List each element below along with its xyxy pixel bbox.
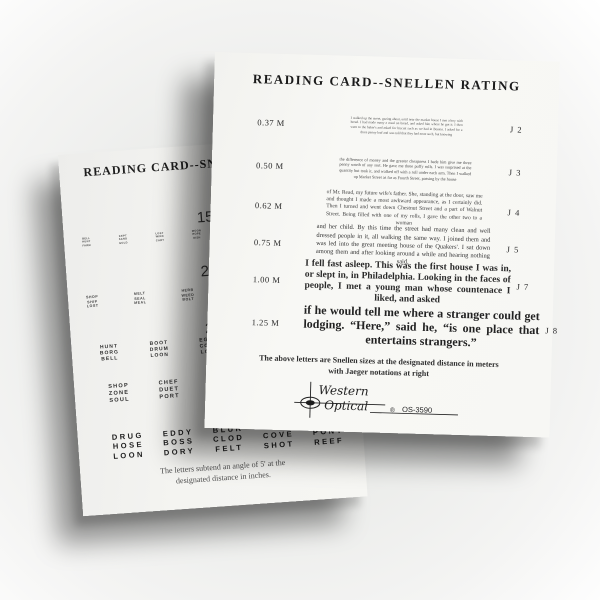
photo-backdrop: READING CARD--SNELLEN RATING 15 BELL HUN… [0, 0, 600, 600]
word-column: DRUG HOSE LOON [112, 431, 146, 461]
reading-row-125m: 1.25 M if he would tell me where a stran… [207, 296, 553, 356]
jaeger-label: J 7 [510, 281, 560, 292]
meters-label: 0.75 M [230, 236, 306, 248]
reading-paragraph: I walked up the street, gazing about, un… [350, 115, 462, 137]
jaeger-label: J 5 [500, 244, 550, 255]
word-column: HERB WEED BOLT [181, 288, 195, 302]
western-optical-logo: Western Optical ® OS-3590 [205, 376, 551, 426]
word-column: SHOP SHIP LOST [86, 295, 99, 309]
logo-word-optical: Optical [324, 398, 368, 413]
meters-label: 0.62 M [231, 200, 307, 212]
registered-mark: ® [390, 406, 395, 414]
word-column: HUNT BORG BELL [99, 343, 119, 363]
word-column: LOST WIND CART [155, 232, 164, 242]
logo-word-western: Western [318, 383, 368, 398]
reading-row-037m: 0.37 M I walked up the street, gazing ab… [213, 106, 559, 146]
word-column: SHOP ZONE SOUL [108, 383, 130, 405]
meters-label: 0.50 M [232, 160, 308, 172]
word-column: KEPT SAND GOLD [118, 234, 127, 244]
meters-label: 1.25 M [227, 316, 303, 328]
logo-model-number: OS-3590 [402, 405, 432, 415]
front-card-title: READING CARD--SNELLEN RATING [214, 70, 559, 96]
crosshair-lens-icon: Western Optical ® OS-3590 [290, 378, 466, 423]
reading-paragraph: if he would tell me where a stranger cou… [303, 303, 540, 352]
word-column: BOOT DRUM LOON [149, 340, 169, 360]
word-column: MOON ROPE DISH [192, 229, 202, 240]
jaeger-label: J 2 [504, 124, 554, 135]
word-column: EDDY BOSS DORY [162, 427, 195, 457]
meters-label: 1.00 M [229, 273, 305, 285]
snellen-reading-card: READING CARD--SNELLEN RATING 0.37 M I wa… [205, 52, 560, 437]
jaeger-label: J 3 [503, 167, 553, 178]
word-column: CHEF DUET PORT [158, 379, 180, 401]
meters-label: 0.37 M [233, 117, 309, 129]
jaeger-label: J 4 [502, 207, 552, 218]
word-column: MELT SEAL MEAL [133, 291, 146, 305]
word-column: BELL HUNT FARM [82, 237, 91, 247]
jaeger-label: J 8 [539, 325, 589, 336]
reading-paragraph: the difference of money and the greater … [339, 156, 472, 182]
